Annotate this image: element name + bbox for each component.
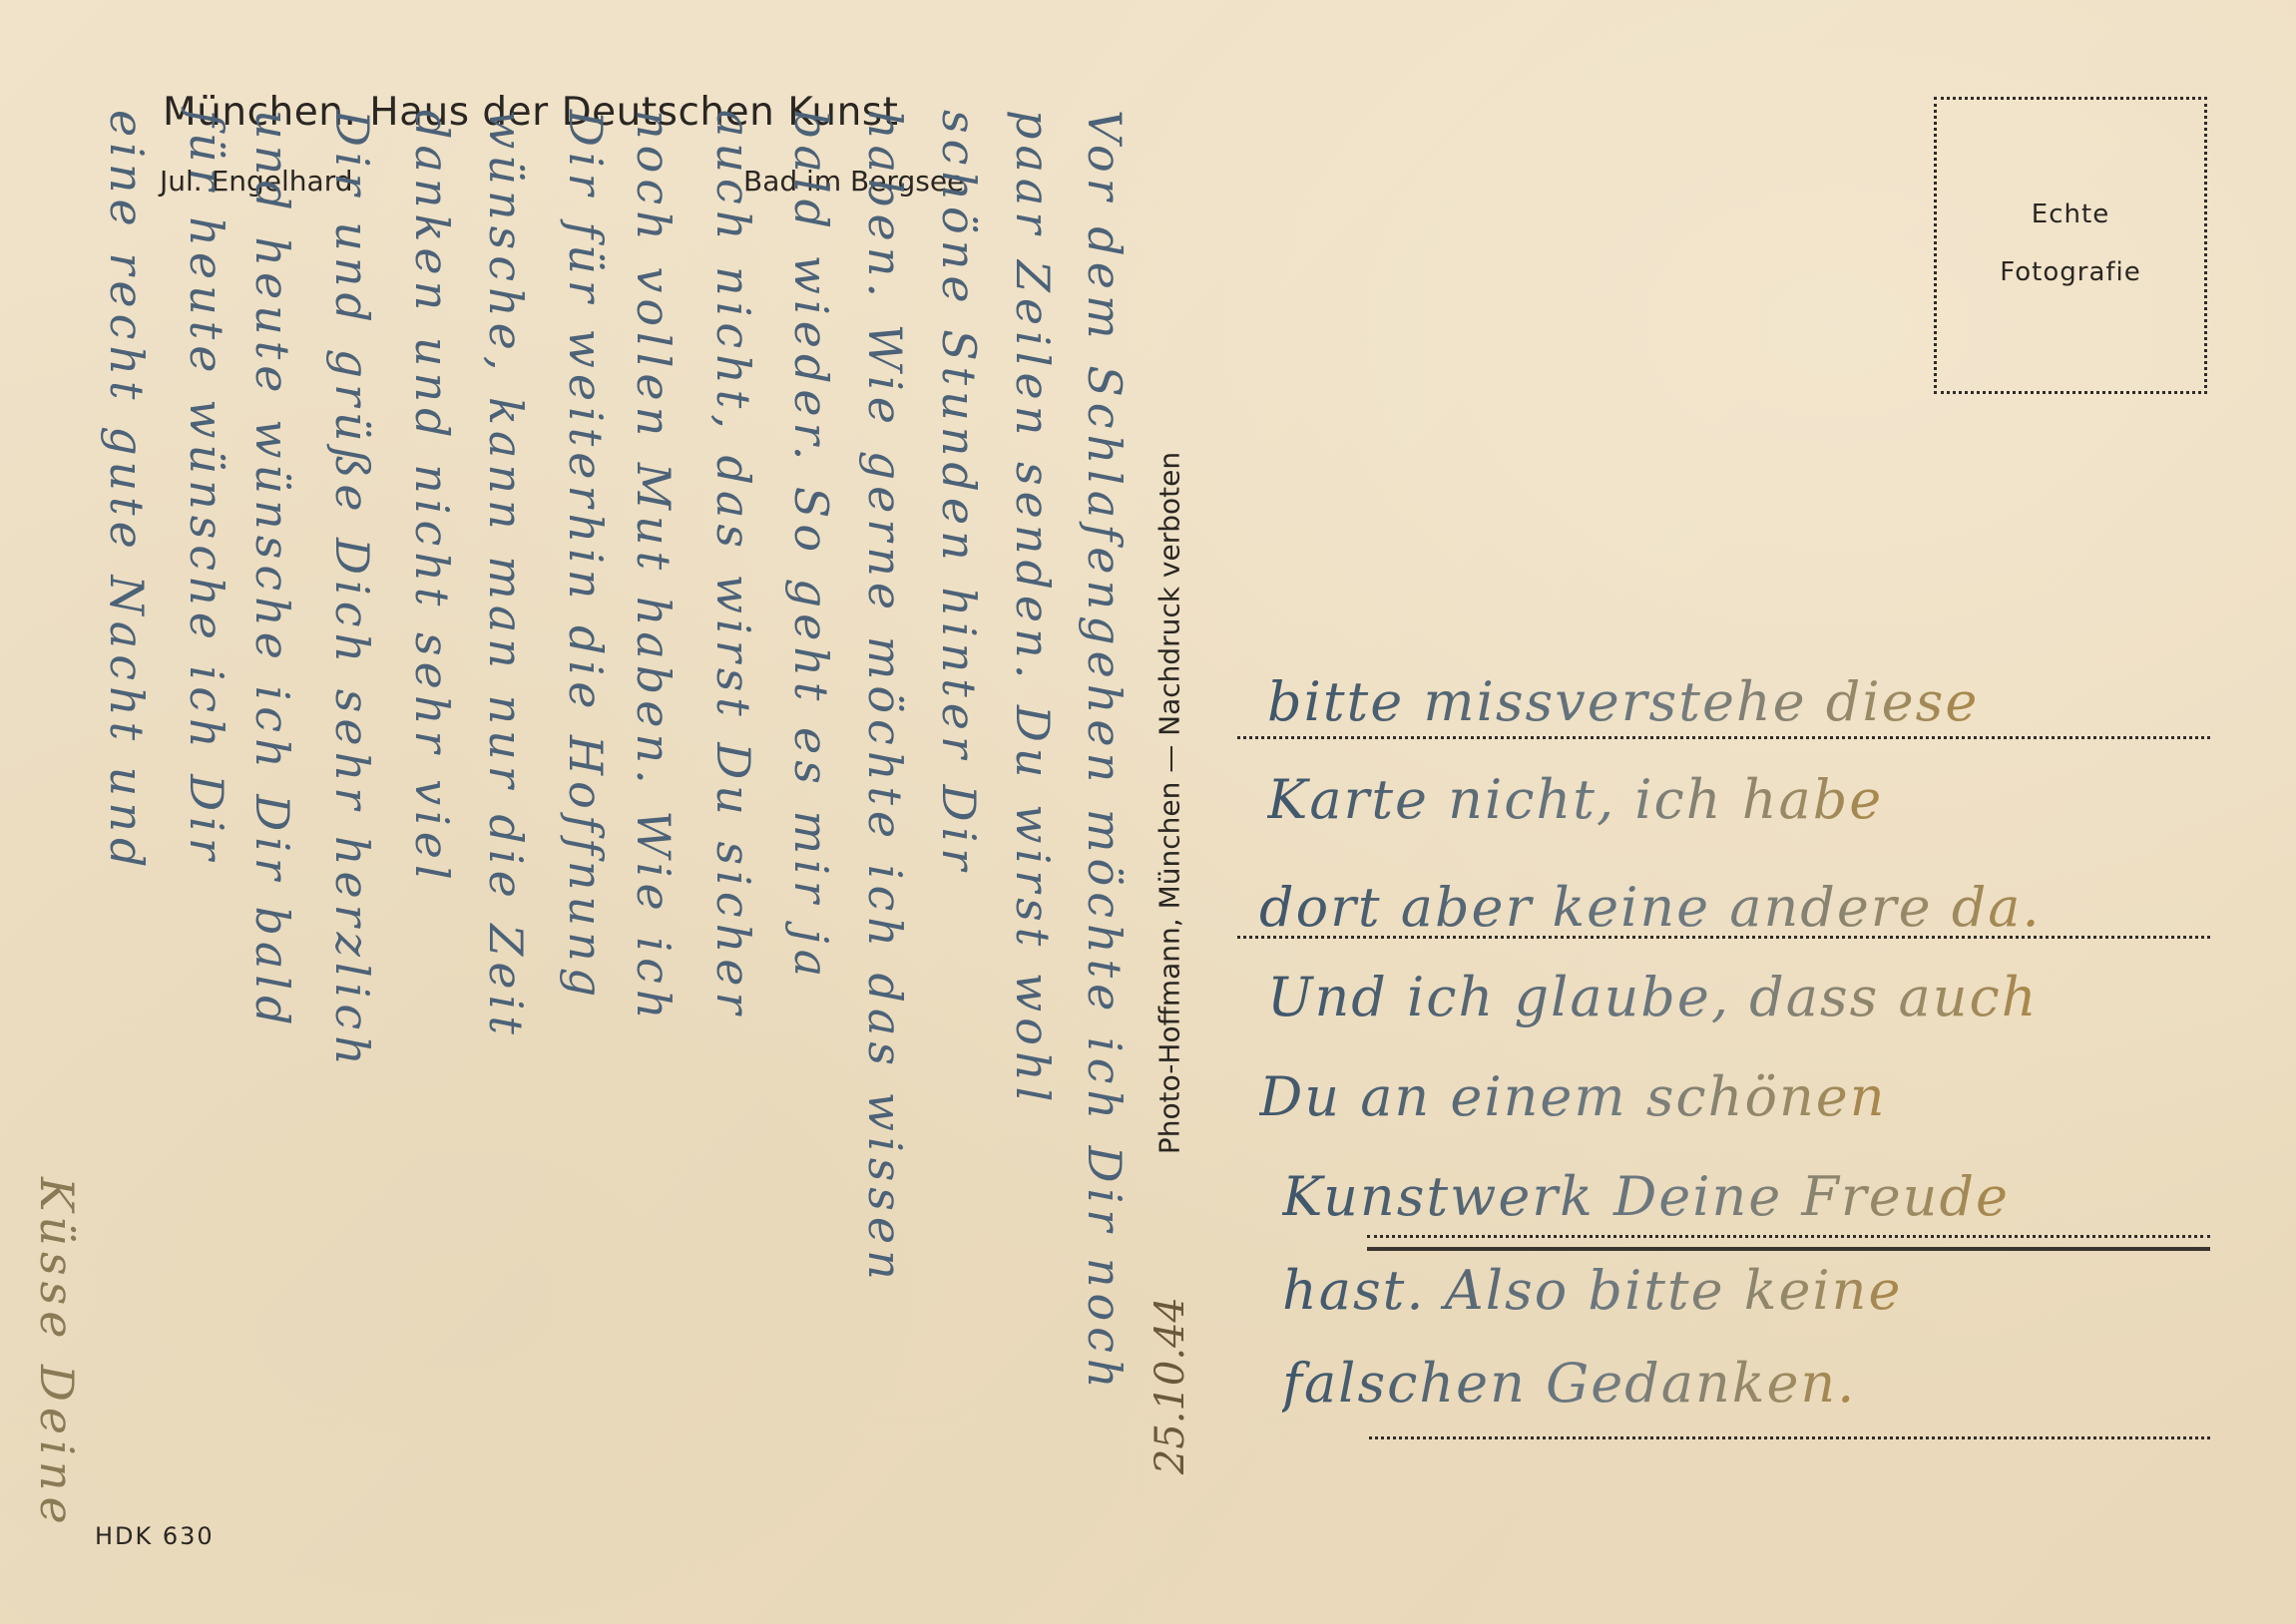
message-line: Karte nicht, ich habe — [1267, 768, 1883, 831]
stamp-label-line2: Fotografie — [1937, 257, 2204, 287]
vertical-message-line: bald wieder. So geht es mir ja — [784, 110, 838, 983]
stamp-box: Echte Fotografie — [1934, 97, 2207, 394]
postcard-back: München. Haus der Deutschen Kunst Jul. E… — [0, 0, 2296, 1624]
vertical-message-line: auch nicht, das wirst Du sicher — [706, 110, 760, 1019]
vertical-message-line: Dir und grüße Dich sehr herzlich — [325, 110, 379, 1071]
handwritten-date: 25.10.44 — [1148, 1297, 1193, 1474]
message-line: Und ich glaube, dass auch — [1267, 966, 2039, 1028]
vertical-message-line: danken und nicht sehr viel — [405, 110, 459, 886]
vertical-message-line: Küsse Deine — [30, 1177, 84, 1530]
message-line: Du an einem schönen — [1259, 1065, 1886, 1128]
struck-word: dort — [1259, 876, 1382, 939]
message-line: hast. Also bitte keine — [1282, 1259, 1902, 1322]
vertical-message-line: paar Zeilen senden. Du wirst wohl — [1006, 110, 1060, 1107]
vertical-message-line: haben. Wie gerne möchte ich das wissen — [858, 110, 912, 1286]
vertical-message-line: noch vollen Mut haben. Wie ich — [627, 110, 681, 1024]
vertical-message-line: und heute wünsche ich Dir bald — [245, 110, 299, 1031]
vertical-message-line: wünsche, kann man nur die Zeit — [479, 110, 533, 1040]
message-line: falschen Gedanken. — [1282, 1352, 1856, 1415]
vertical-message-line: Vor dem Schlafengehen möchte ich Dir noc… — [1078, 110, 1132, 1395]
vertical-message-line: schöne Stunden hinter Dir — [932, 110, 986, 876]
address-rule-3-heavy — [1367, 1247, 2210, 1251]
catalog-code: HDK 630 — [95, 1522, 215, 1550]
vertical-message-line: Dir für weiterhin die Hoffnung — [559, 110, 613, 1003]
address-rule-3 — [1367, 1235, 2210, 1238]
message-line: bitte missverstehe diese — [1267, 670, 1979, 733]
address-rule-1 — [1237, 736, 2210, 739]
address-rule-4 — [1369, 1436, 2210, 1439]
message-line: dort aber keine andere da. — [1259, 876, 2042, 939]
message-line: Kunstwerk Deine Freude — [1282, 1165, 2010, 1228]
vertical-message-line: eine recht gute Nacht und — [100, 110, 154, 873]
stamp-label-line1: Echte — [1937, 200, 2204, 229]
publisher-imprint: Photo-Hoffmann, München — Nachdruck verb… — [1153, 452, 1186, 1154]
vertical-message-line: für heute wünsche ich Dir — [180, 110, 233, 866]
